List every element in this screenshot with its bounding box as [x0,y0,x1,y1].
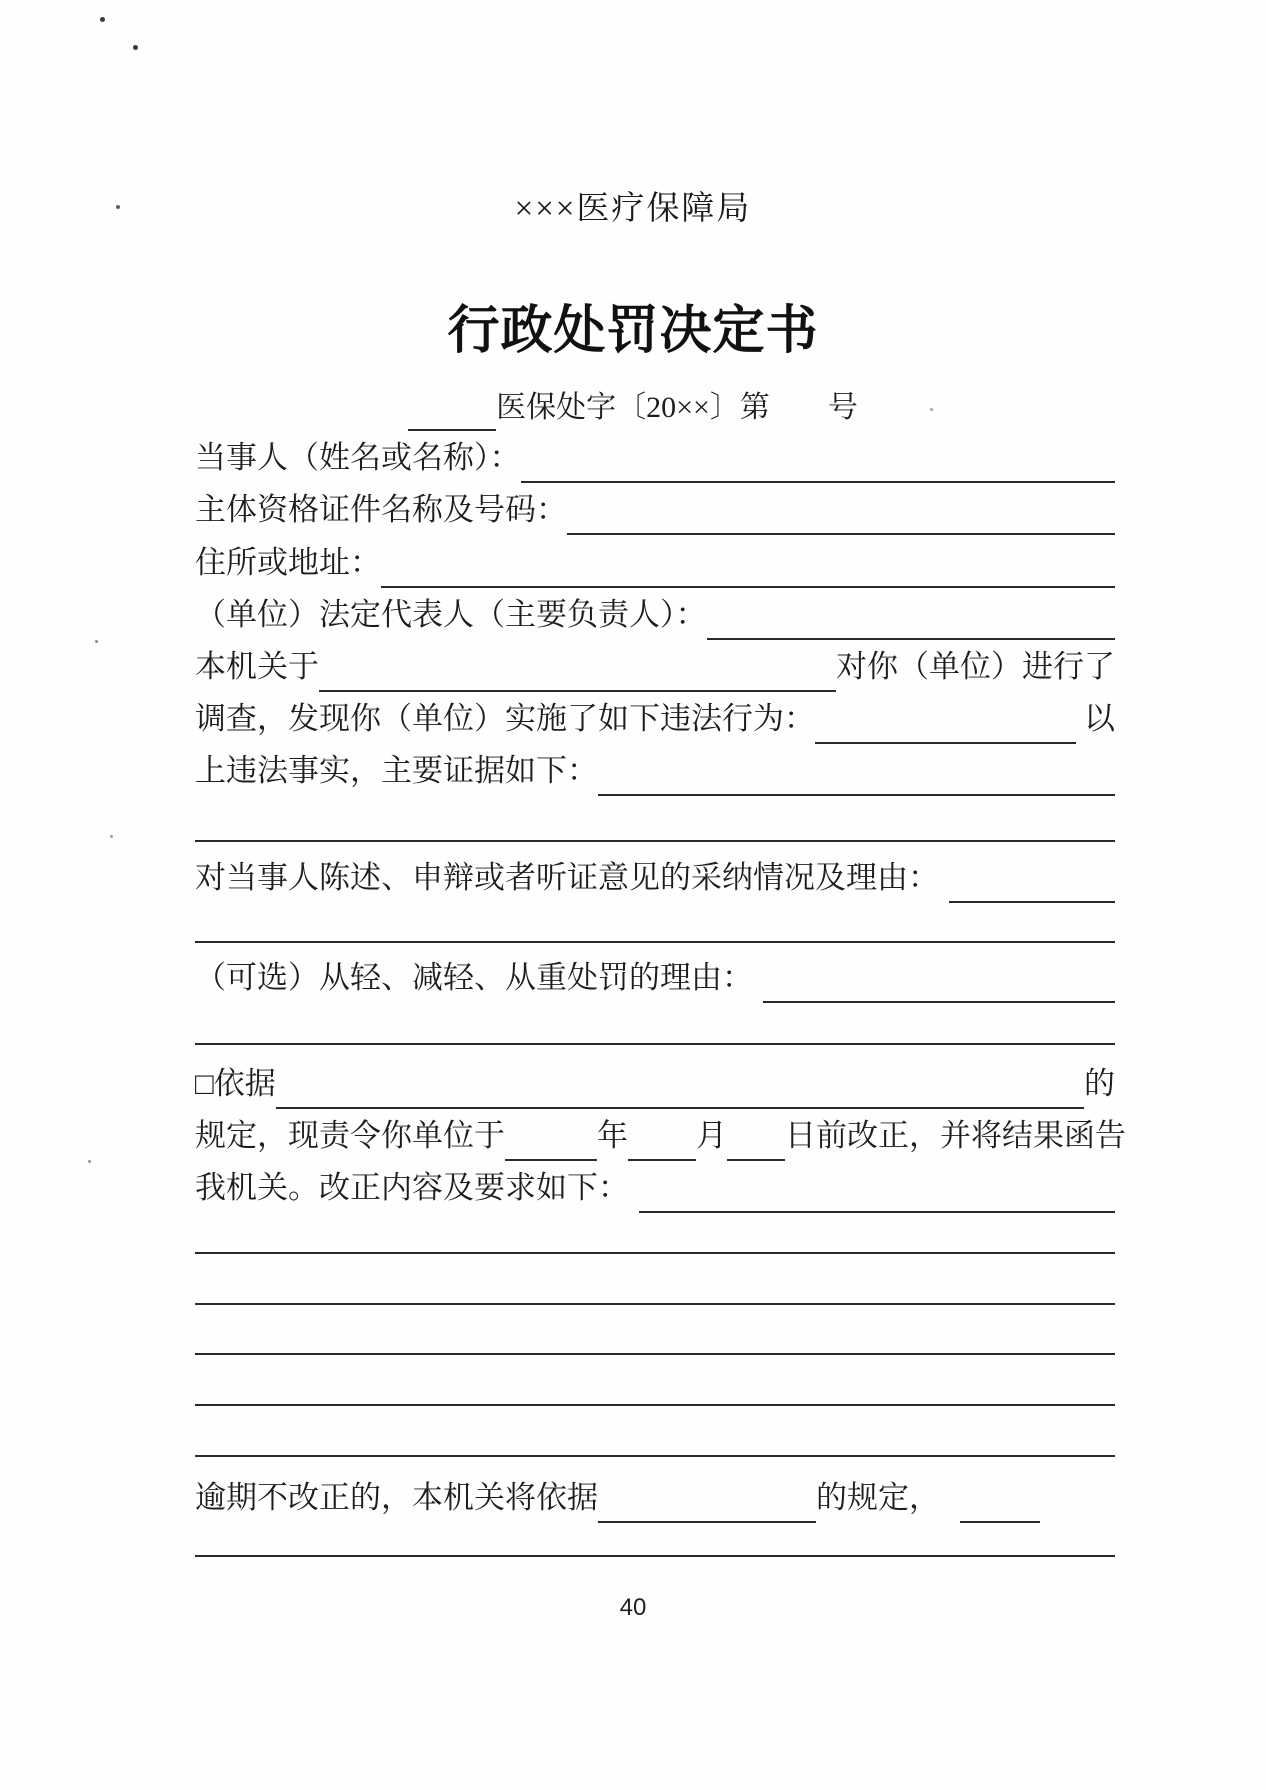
overdue-prefix: 逾期不改正的，本机关将依据 [195,1478,598,1518]
scan-speck [110,835,113,838]
blank-underline [960,1521,1040,1523]
doc-number-line: 医保处字〔20××〕第 号 [0,382,1266,426]
blank-underline [276,1107,1084,1109]
form-line-address: 住所或地址： [195,543,1115,583]
blank-underline [628,1159,696,1161]
blank-underline [195,941,1115,943]
form-line-legal-rep: （单位）法定代表人（主要负责人）： [195,595,1115,635]
order-prefix: 规定，现责令你单位于 [195,1116,505,1156]
violation-suffix: 以 [1084,699,1115,739]
discretion-label: （可选）从轻、减轻、从重处罚的理由： [195,958,753,998]
blank-underline [598,1521,816,1523]
day-suffix: 日前改正，并将结果函告 [785,1116,1126,1156]
page-number: 40 [0,1594,1266,1622]
form-line-evidence: 上违法事实，主要证据如下： [195,751,1115,791]
overdue-mid: 的规定， [816,1478,940,1518]
blank-underline [763,1001,1115,1003]
address-label: 住所或地址： [195,543,381,583]
doc-number-text: 医保处字〔20××〕第 [496,382,770,426]
scan-speck [100,17,105,22]
form-line-investigation: 本机关于 对你（单位）进行了 [195,647,1115,687]
blank-underline [707,638,1116,640]
blank-underline [195,1353,1115,1355]
investigation-prefix: 本机关于 [195,647,319,687]
scan-speck [88,1160,91,1163]
blank-underline [949,901,1115,903]
form-line-violation: 调查，发现你（单位）实施了如下违法行为： 以 [195,699,1115,739]
form-line-order: 规定，现责令你单位于 年 月 日前改正，并将结果函告 [195,1116,1115,1156]
blank-underline [381,586,1115,588]
evidence-label: 上违法事实，主要证据如下： [195,751,598,791]
legal-rep-label: （单位）法定代表人（主要负责人）： [195,595,707,635]
blank-underline [727,1159,785,1161]
year-label: 年 [597,1116,628,1156]
checkbox-icon: □ [195,1064,214,1104]
blank-underline [505,1159,597,1161]
form-line-overdue: 逾期不改正的，本机关将依据 的规定， [195,1478,1115,1518]
blank-underline [195,1455,1115,1457]
blank-underline [521,481,1116,483]
blank-underline [319,690,836,692]
blank-underline [408,429,496,431]
form-line-discretion: （可选）从轻、减轻、从重处罚的理由： [195,958,1115,998]
doc-number-suffix: 号 [828,382,858,426]
blank-underline [639,1211,1115,1213]
form-line-correction: 我机关。改正内容及要求如下： [195,1168,1115,1208]
blank-underline [598,794,1115,796]
party-label: 当事人（姓名或名称）： [195,438,521,478]
investigation-suffix: 对你（单位）进行了 [836,647,1115,687]
violation-prefix: 调查，发现你（单位）实施了如下违法行为： [195,699,815,739]
blank-underline [195,840,1115,842]
blank-underline [567,533,1115,535]
blank-underline [195,1404,1115,1406]
form-line-credential: 主体资格证件名称及号码： [195,490,1115,530]
scan-speck [95,640,98,643]
form-line-adoption: 对当事人陈述、申辩或者听证意见的采纳情况及理由： [195,858,1115,898]
basis-suffix: 的 [1084,1064,1115,1104]
document-page: ×××医疗保障局 行政处罚决定书 医保处字〔20××〕第 号 当事人（姓名或名称… [0,0,1266,1790]
form-line-basis: □ 依据 的 [195,1064,1115,1104]
month-label: 月 [696,1116,727,1156]
adoption-label: 对当事人陈述、申辩或者听证意见的采纳情况及理由： [195,858,939,898]
blank-underline [815,742,1076,744]
blank-underline [195,1303,1115,1305]
blank-underline [195,1555,1115,1557]
basis-prefix: 依据 [214,1064,276,1104]
credential-label: 主体资格证件名称及号码： [195,490,567,530]
correction-label: 我机关。改正内容及要求如下： [195,1168,629,1208]
blank-underline [195,1252,1115,1254]
blank-underline [195,1043,1115,1045]
agency-name: ×××医疗保障局 [0,182,1266,229]
document-title: 行政处罚决定书 [0,288,1266,363]
form-line-party: 当事人（姓名或名称）： [195,438,1115,478]
scan-speck [133,45,138,50]
